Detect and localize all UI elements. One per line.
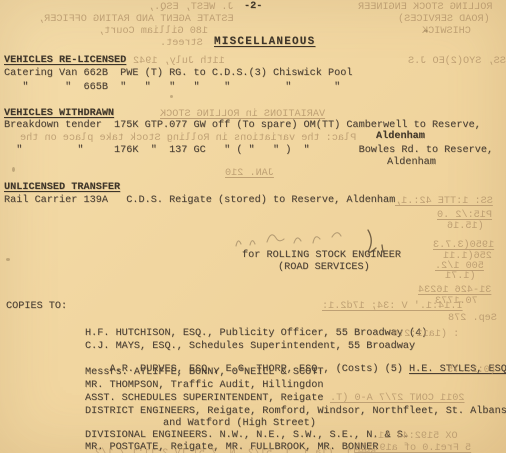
ghost-text: (15.16	[447, 222, 484, 232]
ghost-text: I.14:1.' V :34; 17d2.1:	[322, 302, 463, 312]
withdrawn-entry-continuation: Aldenham	[376, 132, 425, 142]
ghost-text: (ROAD SERVICES)	[398, 15, 490, 25]
ghost-stamp: JAN. 210	[225, 169, 274, 179]
section-heading-relicensed: VEHICLES RE-LICENSED	[4, 56, 126, 66]
ghost-text: JSS, SYO(2)EO J.S	[408, 57, 506, 67]
relicensed-entry-ditto: " " 665B " " " " " " "	[4, 83, 340, 93]
ghost-text: Sep. 278	[448, 314, 497, 324]
ghost-text: (1.71	[445, 272, 476, 282]
ghost-text: P15:/2 .0	[437, 211, 492, 221]
copies-recipient: ASST. SCHEDULES SUPERINTENDENT, Reigate	[85, 394, 323, 404]
copies-label: COPIES TO:	[6, 302, 67, 312]
ghost-text: 11th July, 1942	[133, 57, 225, 67]
withdrawn-entry: Breakdown tender 175K GTP.077 GW off (To…	[4, 121, 481, 131]
copies-recipient: MR. THOMPSON, Traffic Audit, Hillingdon	[85, 381, 323, 391]
document-page: J. WEST, ESQ., ESTATE AGENT AND RATING O…	[0, 0, 506, 453]
ghost-text: SS: 1:TTE 42:.1,	[395, 197, 493, 207]
paper-speck	[6, 258, 10, 261]
ghost-text: 2011 CONT 27/7 A-0 (T.	[330, 394, 465, 404]
ghost-text: CHISWICK	[422, 27, 471, 37]
withdrawn-entry-ditto: " " 176K " 137 GC " ( " " ) " Bowles Rd.…	[4, 146, 493, 156]
signoff-for-line: for ROLLING STOCK ENGINEER	[242, 251, 401, 261]
signoff-department: (ROAD SERVICES)	[278, 263, 370, 273]
ghost-text: Street.	[160, 39, 203, 49]
copies-recipient: C.J. MAYS, ESQ., Schedules Superintenden…	[85, 342, 415, 352]
copies-recipient-continuation: and Watford (High Street)	[163, 419, 316, 429]
paper-speck	[424, 30, 428, 32]
copies-recipient: DIVISIONAL ENGINEERS. N.W., N.E., S.W., …	[85, 431, 409, 441]
ghost-text: VARIATIONS in ROLLING STOCK	[160, 110, 325, 120]
copies-recipient: Messrs. AYLIFFE, BONNY, O'NEILL & SCOTT	[85, 368, 323, 378]
ghost-text: 180 Gilliam Court,	[98, 27, 208, 37]
page-title: MISCELLANEOUS	[214, 37, 315, 48]
section-heading-withdrawn: VEHICLES WITHDRAWN	[4, 109, 114, 119]
ghost-text: Plac: the variations in Rolling Stock ta…	[20, 134, 356, 144]
ghost-text: ESTATE AGENT AND RATING OFFICER,	[38, 15, 234, 25]
withdrawn-entry-continuation: Aldenham	[387, 158, 436, 168]
ghost-text: ROLLING STOCK ENGINEER	[358, 3, 493, 13]
page-number: -2-	[244, 2, 262, 12]
unlicensed-entry: Rail Carrier 139A C.D.S. Reigate (stored…	[4, 196, 395, 206]
section-heading-unlicensed: UNLICENSED TRANSFER	[4, 183, 120, 193]
ghost-text: (0:1..75	[447, 366, 496, 376]
copies-recipient: H.F. HUTCHISON, ESQ., Publicity Officer,…	[85, 329, 427, 339]
ghost-text: 1950(3.7.3	[433, 241, 494, 251]
ghost-text: J. WEST, ESQ.,	[148, 3, 234, 13]
relicensed-entry: Catering Van 662B PWE (T) RG. to C.D.S.(…	[4, 69, 352, 79]
ghost-text: 31-426 16234	[418, 286, 491, 296]
paper-speck	[170, 95, 173, 98]
ghost-text: 50011 (1a.1. 1. 51/2. N. 7.51 TV 2:11:1 …	[95, 449, 376, 453]
ghost-text: : (1a11:2:0	[392, 330, 459, 340]
ghost-text: OX 5192:44 11.	[372, 432, 458, 442]
copies-recipient: DISTRICT ENGINEERS, Reigate, Romford, Wi…	[85, 407, 506, 417]
paper-speck	[12, 167, 15, 172]
